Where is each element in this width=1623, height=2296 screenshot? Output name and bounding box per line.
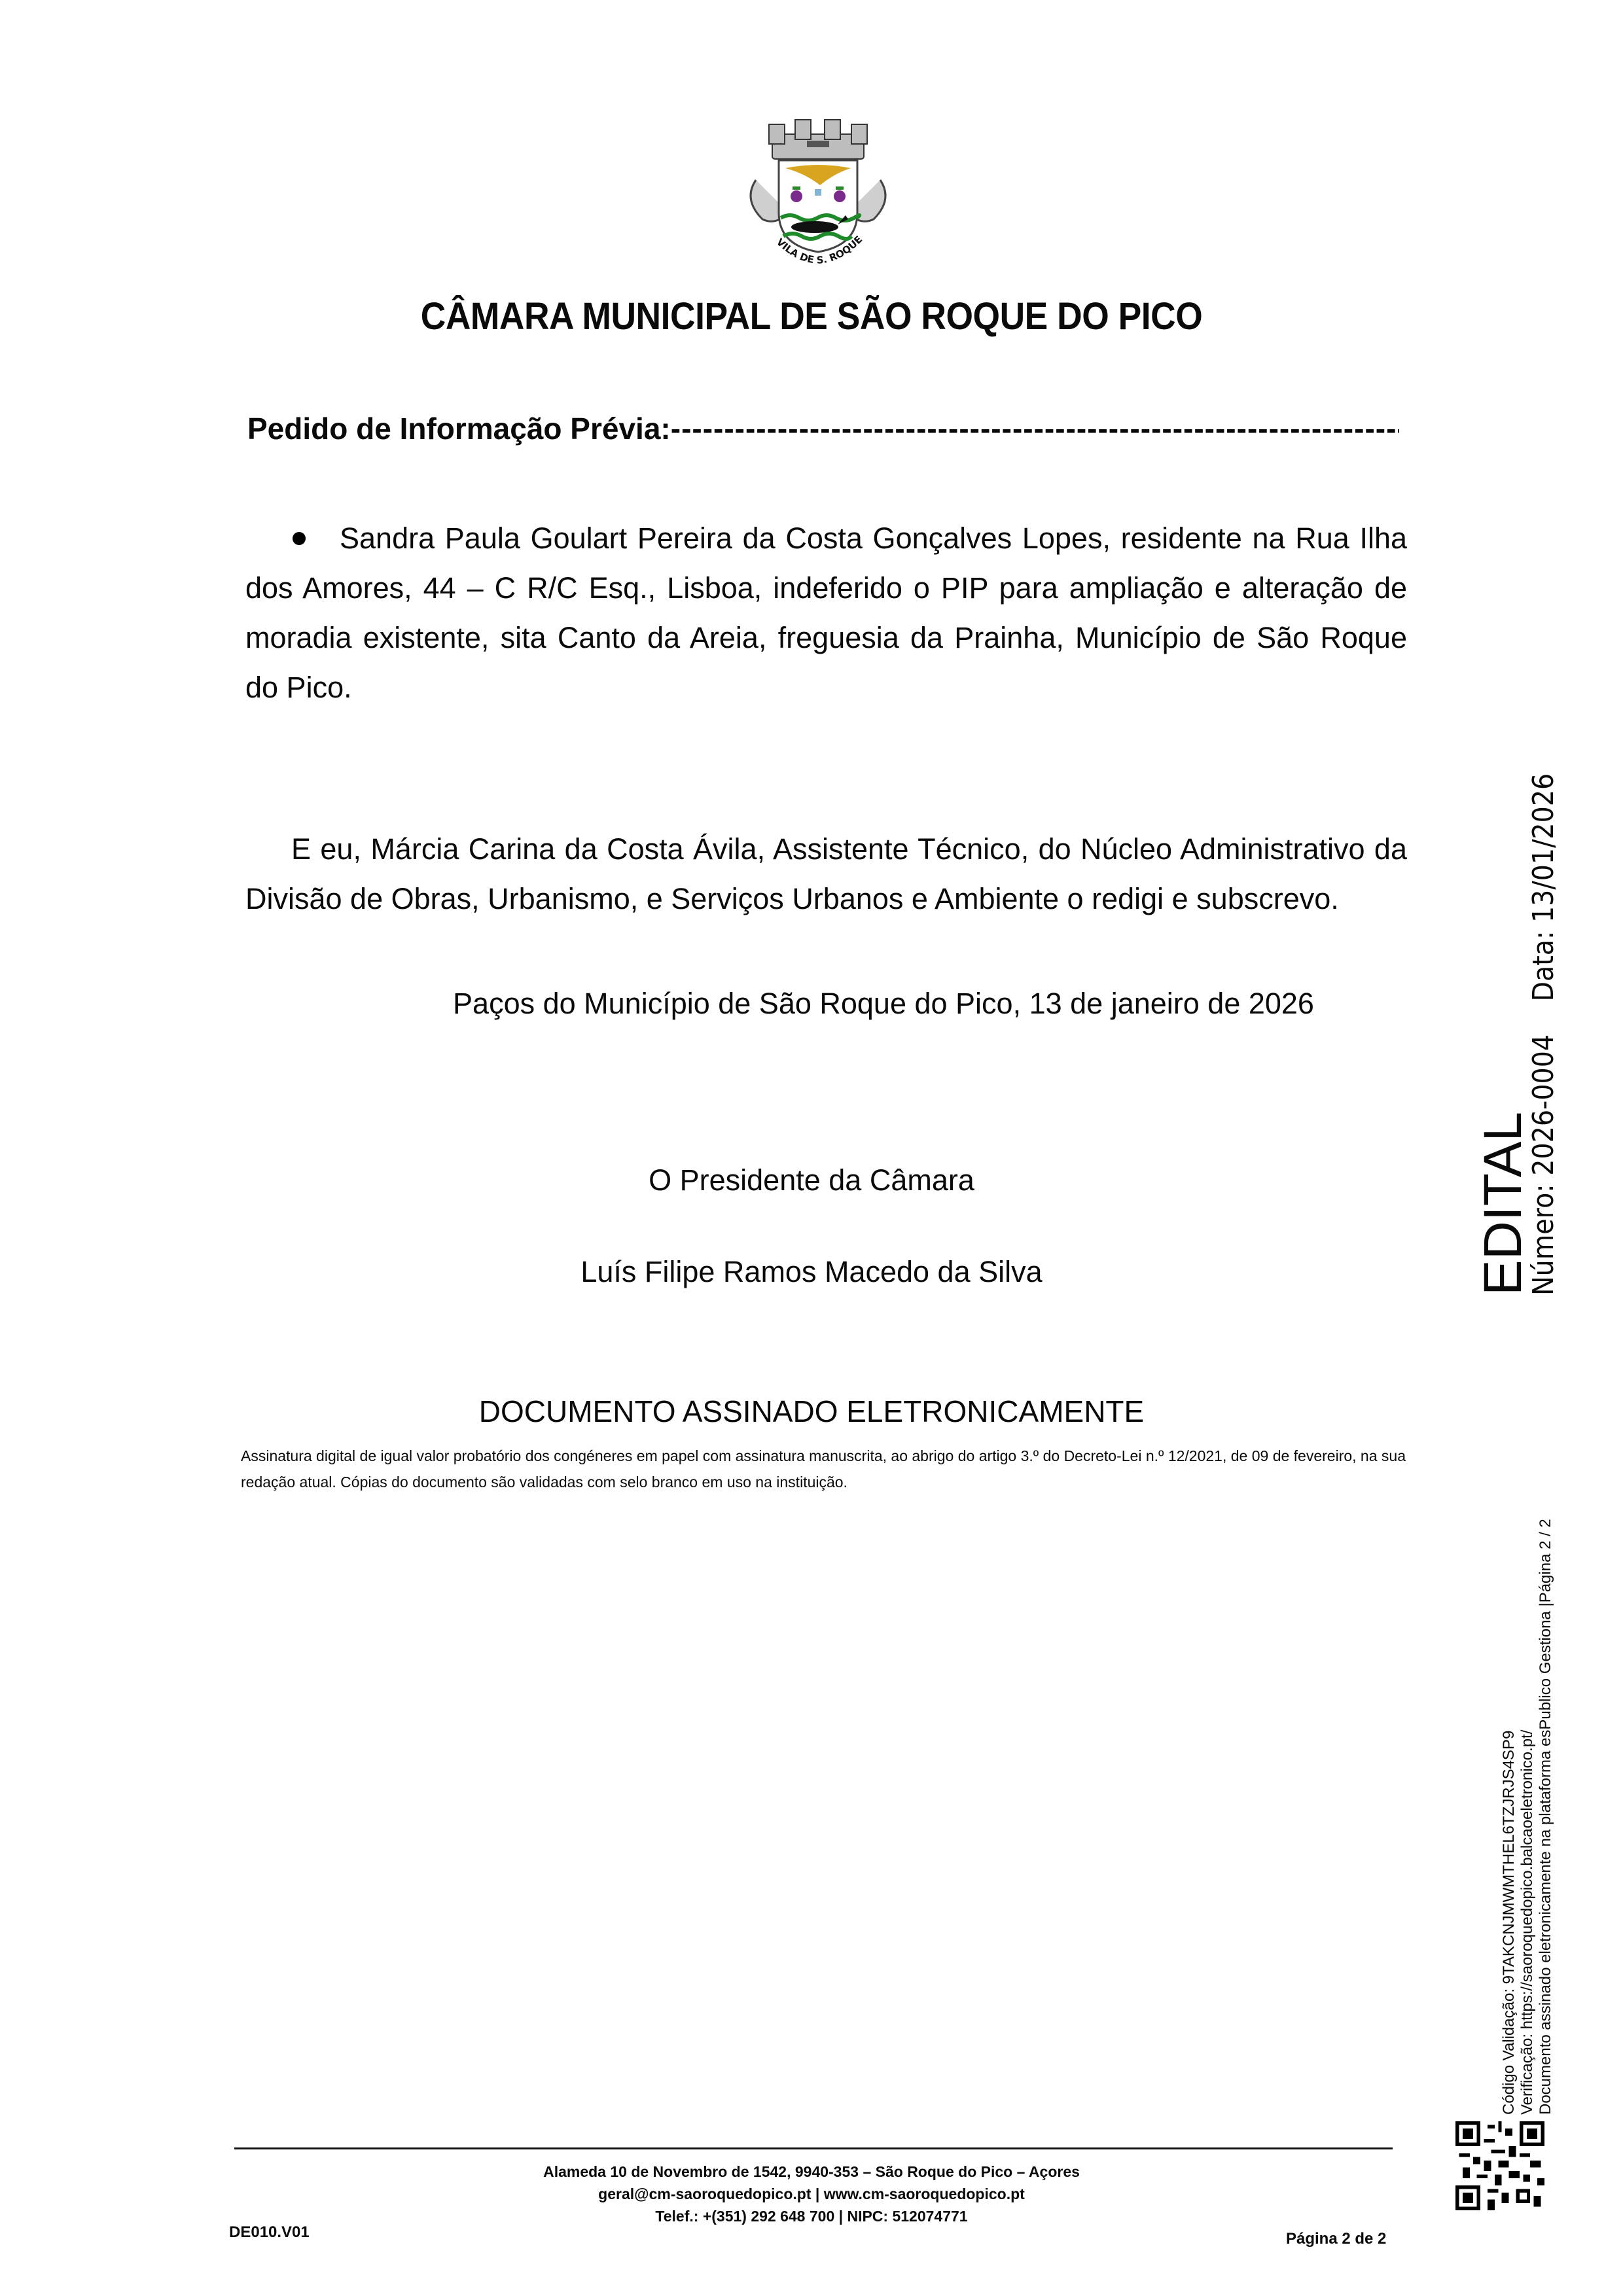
footer-address: Alameda 10 de Novembro de 1542, 9940-353…	[0, 2161, 1623, 2183]
edital-date-label: Data:	[1527, 931, 1560, 1002]
bullet-icon	[293, 532, 306, 545]
edital-date: 13/01/2026	[1527, 773, 1560, 923]
page-number: Página 2 de 2	[1286, 2230, 1386, 2248]
footer-contact: Alameda 10 de Novembro de 1542, 9940-353…	[0, 2161, 1623, 2227]
edital-stamp: EDITAL Número: 2026-0004 Data: 13/01/202…	[1478, 715, 1559, 1296]
verification-url[interactable]: Verificação: https://saoroquedopico.balc…	[1518, 1519, 1537, 2115]
edital-meta: Número: 2026-0004 Data: 13/01/2026	[1529, 773, 1559, 1296]
validation-info: Código Validação: 9TAKCNJMWMTHEL6TZJRJS4…	[1500, 1519, 1555, 2115]
coat-of-arms-logo: VILA DE S. ROQUE DO PICO	[743, 108, 893, 268]
decision-list-item: Sandra Paula Goulart Pereira da Costa Go…	[245, 514, 1407, 713]
edital-number-label: Número:	[1527, 1184, 1560, 1296]
subject-label: Pedido de Informação Prévia:	[247, 412, 671, 446]
signature-legal-note: Assinatura digital de igual valor probat…	[241, 1443, 1406, 1495]
edital-number: 2026-0004	[1527, 1034, 1560, 1176]
subject-heading: Pedido de Informação Prévia:------------…	[247, 411, 1399, 446]
subject-dashes: ----------------------------------------…	[671, 412, 1399, 446]
edital-type: EDITAL	[1478, 715, 1529, 1296]
platform-note: Documento assinado eletronicamente na pl…	[1537, 1519, 1555, 2115]
signatory-name: Luís Filipe Ramos Macedo da Silva	[0, 1255, 1623, 1289]
document-code: DE010.V01	[229, 2223, 310, 2242]
electronic-signature-title: DOCUMENTO ASSINADO ELETRONICAMENTE	[0, 1394, 1623, 1429]
decision-text: Sandra Paula Goulart Pereira da Costa Go…	[245, 521, 1407, 704]
footer-divider	[234, 2147, 1393, 2149]
signatory-role: O Presidente da Câmara	[0, 1163, 1623, 1197]
document-title: CÂMARA MUNICIPAL DE SÃO ROQUE DO PICO	[65, 294, 1558, 338]
closing-paragraph: E eu, Márcia Carina da Costa Ávila, Assi…	[245, 824, 1407, 924]
footer-email-web[interactable]: geral@cm-saoroquedopico.pt | www.cm-saor…	[0, 2183, 1623, 2205]
place-date: Paços do Município de São Roque do Pico,…	[72, 987, 1623, 1021]
validation-code: Código Validação: 9TAKCNJMWMTHEL6TZJRJS4…	[1500, 1519, 1518, 2115]
